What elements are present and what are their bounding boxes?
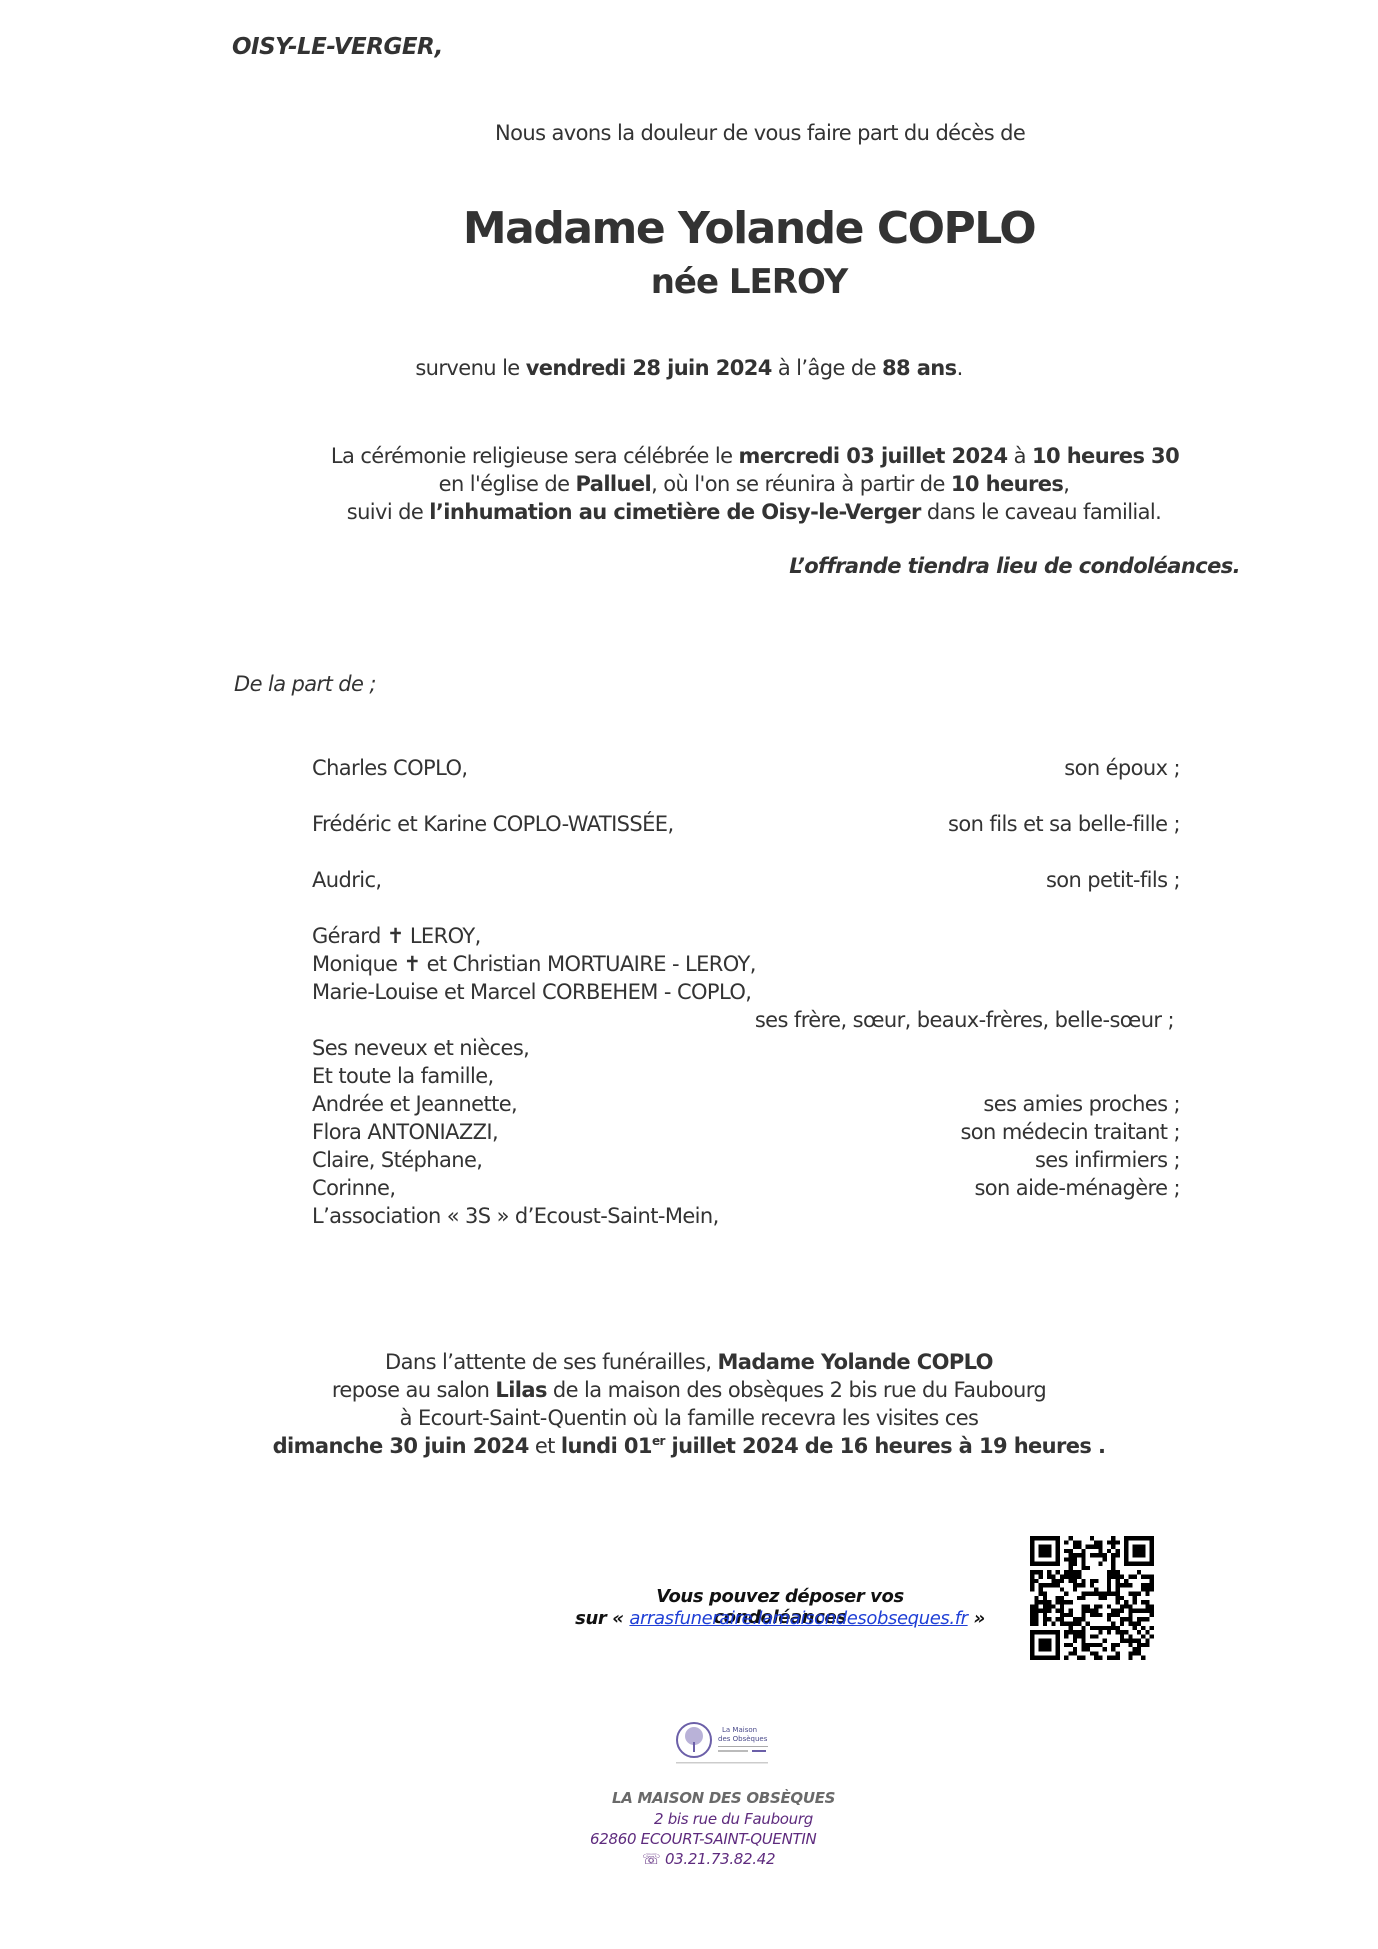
family-row: Gérard ✝ LEROY,: [312, 924, 1180, 950]
family-row: L’association « 3S » d’Ecoust-Saint-Mein…: [312, 1204, 1180, 1230]
ceremony-text: suivi de: [347, 500, 430, 524]
death-date: vendredi 28 juin 2024: [526, 356, 772, 380]
burial-place: l’inhumation au cimetière de Oisy-le-Ver…: [429, 500, 921, 524]
family-member-name: Marie-Louise et Marcel CORBEHEM - COPLO,: [312, 980, 751, 1004]
ceremony-place: Palluel: [576, 472, 652, 496]
ceremony-date: mercredi 03 juillet 2024: [739, 444, 1008, 468]
death-age: 88 ans: [882, 356, 957, 380]
ceremony-text: , où l'on se réunira à partir de: [651, 472, 951, 496]
family-member-name: Audric,: [312, 868, 382, 892]
family-member-relation: ses infirmiers ;: [1035, 1148, 1180, 1172]
family-row: Andrée et Jeannette,ses amies proches ;: [312, 1092, 1180, 1118]
visitation-line-3: à Ecourt-Saint-Quentin où la famille rec…: [0, 1406, 1378, 1430]
family-member-name: Gérard ✝ LEROY,: [312, 924, 481, 948]
family-member-name: Claire, Stéphane,: [312, 1148, 482, 1172]
tree-logo-icon: La Maison des Obsèques: [672, 1716, 784, 1776]
company-name: LA MAISON DES OBSÈQUES: [612, 1789, 835, 1807]
visit-date-2b: juillet 2024 de 16 heures à 19 heures .: [665, 1434, 1106, 1458]
family-member-relation: ses amies proches ;: [983, 1092, 1180, 1116]
deceased-name: Madame Yolande COPLO: [462, 203, 1036, 254]
death-middle: à l’âge de: [772, 356, 882, 380]
ceremony-text: La cérémonie religieuse sera célébrée le: [331, 444, 739, 468]
visit-date-2a: lundi 01: [561, 1434, 652, 1458]
family-member-name: Andrée et Jeannette,: [312, 1092, 517, 1116]
company-city: 62860 ECOURT-SAINT-QUENTIN: [590, 1830, 816, 1848]
family-intro: De la part de ;: [234, 672, 376, 696]
ceremony-line-2: en l'église de Palluel, où l'on se réuni…: [0, 472, 1378, 496]
family-row: Charles COPLO,son époux ;: [312, 756, 1180, 782]
visitation-text: de la maison des obsèques 2 bis rue du F…: [547, 1378, 1046, 1402]
family-member-name: Charles COPLO,: [312, 756, 467, 780]
phone-icon: ☏: [642, 1850, 660, 1868]
visitation-line-4: dimanche 30 juin 2024 et lundi 01er juil…: [0, 1434, 1378, 1458]
offering-note: L’offrande tiendra lieu de condoléances.: [789, 554, 1240, 578]
ceremony-text: à: [1008, 444, 1032, 468]
intro-text: Nous avons la douleur de vous faire part…: [495, 121, 1025, 145]
ceremony-text: ,: [1063, 472, 1069, 496]
gathering-time: 10 heures: [951, 472, 1063, 496]
family-member-name: Et toute la famille,: [312, 1064, 494, 1088]
condolences-suffix: »: [968, 1608, 985, 1629]
svg-text:La Maison: La Maison: [722, 1726, 757, 1734]
visitation-line-1: Dans l’attente de ses funérailles, Madam…: [0, 1350, 1378, 1374]
family-row: ses frère, sœur, beaux-frères, belle-sœu…: [312, 1008, 1180, 1034]
qr-code-icon[interactable]: [1030, 1536, 1154, 1660]
company-phone: ☏ 03.21.73.82.42: [642, 1850, 775, 1868]
family-member-relation: son fils et sa belle-fille ;: [948, 812, 1180, 836]
ordinal-sup: er: [652, 1434, 665, 1448]
condolences-prefix: sur «: [575, 1608, 629, 1629]
company-street: 2 bis rue du Faubourg: [654, 1810, 813, 1828]
family-member-name: Frédéric et Karine COPLO-WATISSÉE,: [312, 812, 674, 836]
family-member-name: Monique ✝ et Christian MORTUAIRE - LEROY…: [312, 952, 756, 976]
visitation-line-2: repose au salon Lilas de la maison des o…: [0, 1378, 1378, 1402]
death-prefix: survenu le: [415, 356, 525, 380]
family-member-relation: ses frère, sœur, beaux-frères, belle-sœu…: [755, 1008, 1174, 1032]
family-member-relation: son aide-ménagère ;: [974, 1176, 1180, 1200]
phone-number[interactable]: 03.21.73.82.42: [665, 1850, 775, 1868]
condolences-link-line: sur « arrasfuneraire.lamaisondesobseques…: [560, 1608, 1000, 1629]
visit-date-1: dimanche 30 juin 2024: [273, 1434, 529, 1458]
family-row: Corinne,son aide-ménagère ;: [312, 1176, 1180, 1202]
visitation-name: Madame Yolande COPLO: [717, 1350, 992, 1374]
ceremony-text: en l'église de: [439, 472, 576, 496]
family-row: Frédéric et Karine COPLO-WATISSÉE,son fi…: [312, 812, 1180, 838]
family-member-relation: son médecin traitant ;: [960, 1120, 1180, 1144]
family-member-name: L’association « 3S » d’Ecoust-Saint-Mein…: [312, 1204, 719, 1228]
ceremony-time: 10 heures 30: [1032, 444, 1179, 468]
family-row: Monique ✝ et Christian MORTUAIRE - LEROY…: [312, 952, 1180, 978]
visitation-text: repose au salon: [332, 1378, 496, 1402]
family-row: Et toute la famille,: [312, 1064, 1180, 1090]
visitation-text: et: [529, 1434, 561, 1458]
family-row: Claire, Stéphane,ses infirmiers ;: [312, 1148, 1180, 1174]
family-member-name: Corinne,: [312, 1176, 395, 1200]
salon-name: Lilas: [495, 1378, 546, 1402]
family-row: Ses neveux et nièces,: [312, 1036, 1180, 1062]
visit-date-2: lundi 01er juillet 2024 de 16 heures à 1…: [561, 1434, 1106, 1458]
death-notice: survenu le vendredi 28 juin 2024 à l’âge…: [0, 356, 1378, 380]
family-member-name: Ses neveux et nièces,: [312, 1036, 529, 1060]
family-member-relation: son petit-fils ;: [1046, 868, 1180, 892]
family-member-name: Flora ANTONIAZZI,: [312, 1120, 498, 1144]
visitation-text: Dans l’attente de ses funérailles,: [385, 1350, 717, 1374]
ceremony-line-1: La cérémonie religieuse sera célébrée le…: [0, 444, 1378, 468]
maiden-name: née LEROY: [462, 262, 1036, 302]
ceremony-text: dans le caveau familial.: [921, 500, 1161, 524]
family-member-relation: son époux ;: [1064, 756, 1180, 780]
death-suffix: .: [957, 356, 963, 380]
ceremony-line-3: suivi de l’inhumation au cimetière de Oi…: [0, 500, 1378, 524]
svg-text:des Obsèques: des Obsèques: [718, 1735, 768, 1743]
family-row: Flora ANTONIAZZI,son médecin traitant ;: [312, 1120, 1180, 1146]
family-row: Audric,son petit-fils ;: [312, 868, 1180, 894]
town-heading: OISY-LE-VERGER,: [232, 34, 443, 60]
condolences-link[interactable]: arrasfuneraire.lamaisondesobseques.fr: [629, 1608, 967, 1629]
family-row: Marie-Louise et Marcel CORBEHEM - COPLO,: [312, 980, 1180, 1006]
